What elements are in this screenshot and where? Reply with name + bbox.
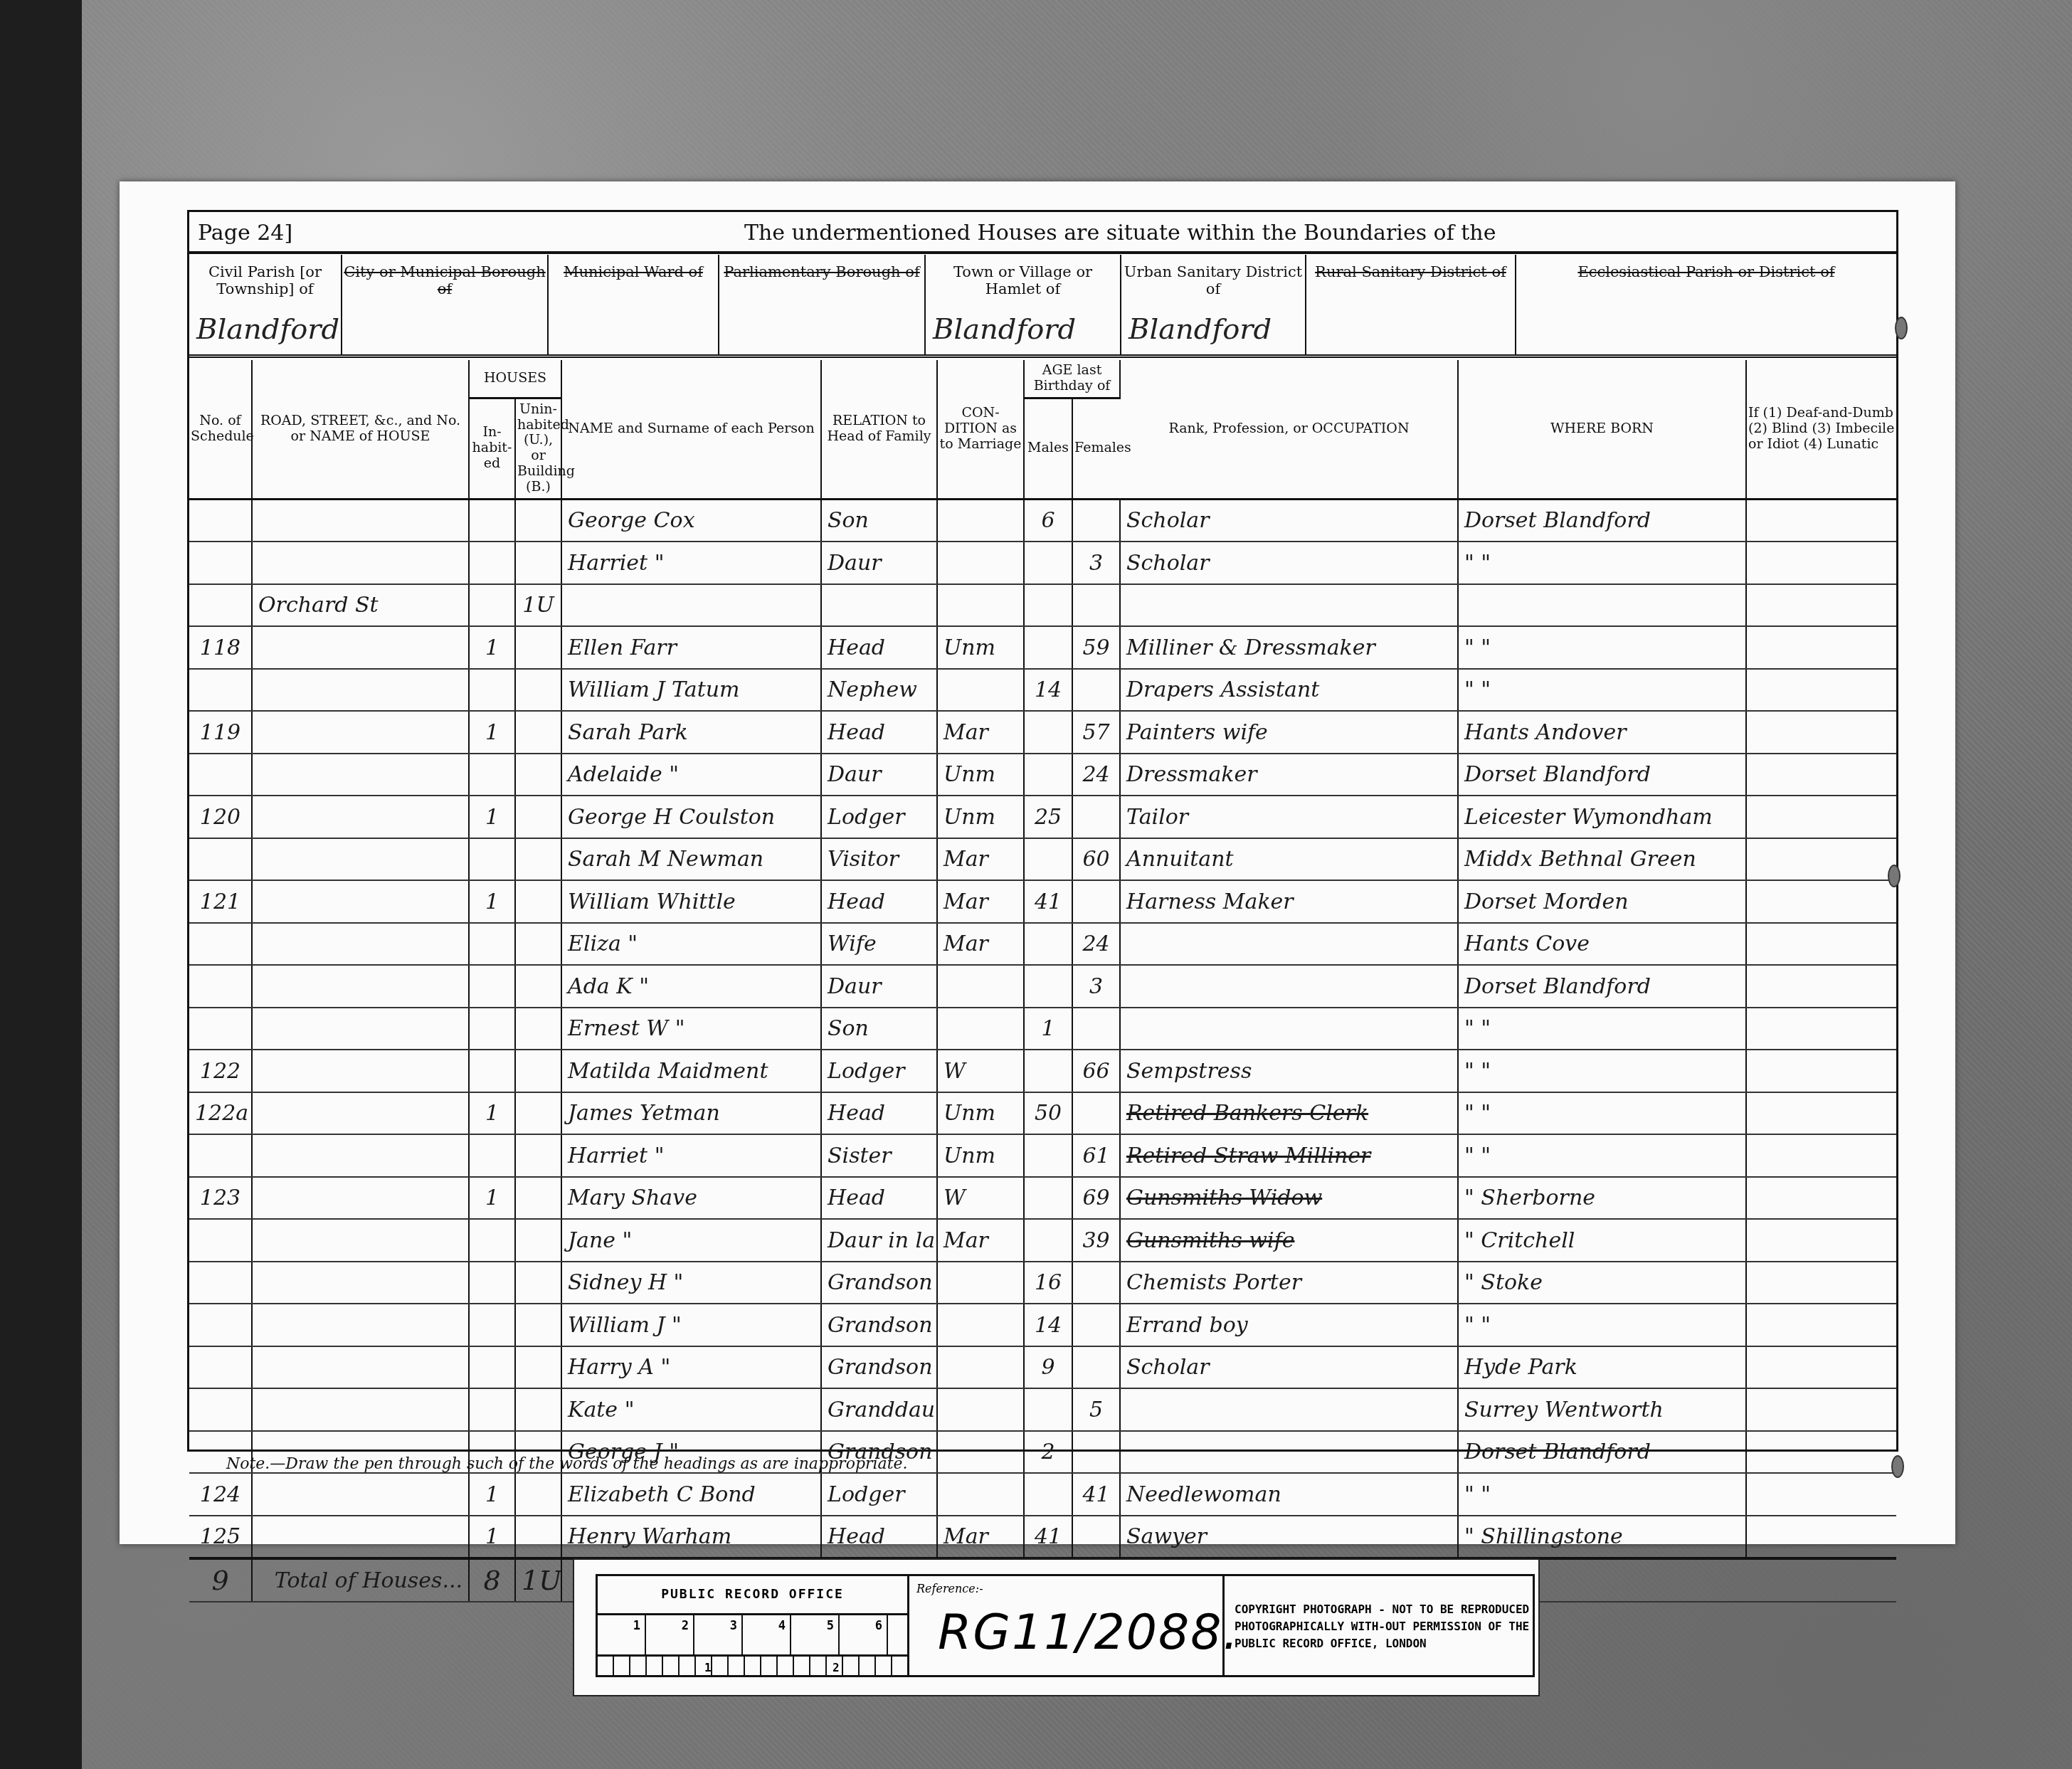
table-row: Adelaide "DaurUnm24DressmakerDorset Blan… bbox=[189, 754, 1896, 796]
scale-mark: 4 bbox=[743, 1615, 791, 1654]
cell-schedule: 121 bbox=[189, 880, 252, 923]
cell-road bbox=[252, 1008, 469, 1050]
census-form: Page 24] The undermentioned Houses are s… bbox=[187, 210, 1898, 1452]
col-uninhabited: Unin-habited (U.), or Building (B.) bbox=[515, 398, 561, 499]
census-table: No. of Schedule ROAD, STREET, &c., and N… bbox=[189, 360, 1896, 1602]
cell-occupation bbox=[1120, 1431, 1458, 1474]
district-field: Urban Sanitary District ofBlandford bbox=[1121, 255, 1306, 354]
cell-occupation: Harness Maker bbox=[1120, 880, 1458, 923]
cell-schedule: 124 bbox=[189, 1473, 252, 1516]
cell-infirmity bbox=[1746, 1516, 1896, 1559]
cell-uninhabited bbox=[515, 754, 561, 796]
cell-uninhabited bbox=[515, 1473, 561, 1516]
cell-inhabited bbox=[469, 1008, 515, 1050]
cell-occupation: Dressmaker bbox=[1120, 754, 1458, 796]
col-age: AGE last Birthday of bbox=[1024, 360, 1120, 398]
cell-uninhabited bbox=[515, 1262, 561, 1304]
cell-schedule bbox=[189, 923, 252, 966]
cell-condition: Mar bbox=[937, 880, 1024, 923]
cell-relation bbox=[821, 584, 937, 627]
cell-occupation: Gunsmiths wife bbox=[1120, 1219, 1458, 1262]
cell-name: Matilda Maidment bbox=[561, 1050, 821, 1092]
cell-infirmity bbox=[1746, 754, 1896, 796]
cell-infirmity bbox=[1746, 711, 1896, 754]
cell-born: Dorset Blandford bbox=[1458, 1431, 1746, 1474]
cell-schedule bbox=[189, 1134, 252, 1177]
cell-female-age bbox=[1072, 499, 1120, 542]
film-edge bbox=[0, 0, 82, 1769]
cell-occupation: Sawyer bbox=[1120, 1516, 1458, 1559]
cell-male-age bbox=[1024, 1388, 1072, 1431]
cell-relation: Daur bbox=[821, 754, 937, 796]
cell-occupation: Scholar bbox=[1120, 499, 1458, 542]
cell-male-age bbox=[1024, 1473, 1072, 1516]
cell-inhabited bbox=[469, 669, 515, 712]
cell-uninhabited bbox=[515, 711, 561, 754]
cell-female-age bbox=[1072, 1304, 1120, 1346]
cell-born bbox=[1458, 584, 1746, 627]
cell-condition bbox=[937, 1473, 1024, 1516]
cell-inhabited bbox=[469, 1304, 515, 1346]
cell-relation: Visitor bbox=[821, 838, 937, 881]
cell-infirmity bbox=[1746, 1177, 1896, 1220]
cell-name: Harriet " bbox=[561, 542, 821, 584]
cell-male-age bbox=[1024, 838, 1072, 881]
scale-inches: 123456 bbox=[598, 1615, 907, 1657]
district-field: Rural Sanitary District of bbox=[1306, 255, 1516, 354]
cell-schedule bbox=[189, 542, 252, 584]
table-row: 1241Elizabeth C BondLodger41Needlewoman"… bbox=[189, 1473, 1896, 1516]
cell-infirmity bbox=[1746, 1473, 1896, 1516]
cell-born: " " bbox=[1458, 1304, 1746, 1346]
cell-relation: Head bbox=[821, 626, 937, 669]
cell-name: Sarah M Newman bbox=[561, 838, 821, 881]
cell-name: William J Tatum bbox=[561, 669, 821, 712]
cell-female-age bbox=[1072, 584, 1120, 627]
cell-male-age bbox=[1024, 923, 1072, 966]
cell-road bbox=[252, 1346, 469, 1389]
cell-born: Dorset Blandford bbox=[1458, 965, 1746, 1008]
cell-relation: Lodger bbox=[821, 796, 937, 838]
cell-inhabited: 1 bbox=[469, 1473, 515, 1516]
district-value: Blandford bbox=[1128, 313, 1298, 346]
table-row: Kate "Granddau5Surrey Wentworth bbox=[189, 1388, 1896, 1431]
cell-name: Ernest W " bbox=[561, 1008, 821, 1050]
cell-relation: Grandson bbox=[821, 1346, 937, 1389]
cell-infirmity bbox=[1746, 626, 1896, 669]
table-row: 1231Mary ShaveHeadW69Gunsmiths Widow" Sh… bbox=[189, 1177, 1896, 1220]
table-row: Ernest W "Son1" " bbox=[189, 1008, 1896, 1050]
pin-hole bbox=[1891, 1455, 1904, 1478]
cell-condition: Mar bbox=[937, 711, 1024, 754]
cell-name: Kate " bbox=[561, 1388, 821, 1431]
cell-schedule bbox=[189, 1388, 252, 1431]
cell-relation: Granddau bbox=[821, 1388, 937, 1431]
census-page: Page 24] The undermentioned Houses are s… bbox=[120, 181, 1955, 1544]
cell-female-age: 60 bbox=[1072, 838, 1120, 881]
cell-relation: Head bbox=[821, 1177, 937, 1220]
cell-born: Dorset Blandford bbox=[1458, 754, 1746, 796]
cell-schedule bbox=[189, 754, 252, 796]
cell-inhabited bbox=[469, 1346, 515, 1389]
district-label: Town or Village or Hamlet of bbox=[926, 263, 1120, 297]
cell-inhabited: 1 bbox=[469, 1092, 515, 1135]
cell-occupation: Milliner & Dressmaker bbox=[1120, 626, 1458, 669]
cell-schedule: 125 bbox=[189, 1516, 252, 1559]
cell-infirmity bbox=[1746, 1092, 1896, 1135]
district-label: Civil Parish [or Township] of bbox=[189, 263, 341, 297]
cell-name: Mary Shave bbox=[561, 1177, 821, 1220]
cell-inhabited bbox=[469, 1219, 515, 1262]
scale-mark: 3 bbox=[694, 1615, 743, 1654]
cell-uninhabited bbox=[515, 1388, 561, 1431]
district-label: Municipal Ward of bbox=[549, 263, 718, 280]
cell-male-age bbox=[1024, 542, 1072, 584]
cell-road bbox=[252, 1516, 469, 1559]
col-males: Males bbox=[1024, 398, 1072, 499]
cell-born: Hyde Park bbox=[1458, 1346, 1746, 1389]
cell-condition: W bbox=[937, 1050, 1024, 1092]
cell-born: " " bbox=[1458, 1050, 1746, 1092]
footnote: Note.—Draw the pen through such of the w… bbox=[226, 1455, 907, 1473]
cell-born: " Stoke bbox=[1458, 1262, 1746, 1304]
cell-inhabited: 1 bbox=[469, 711, 515, 754]
cell-road bbox=[252, 923, 469, 966]
cell-condition: Unm bbox=[937, 1092, 1024, 1135]
cell-condition: Mar bbox=[937, 838, 1024, 881]
table-row: Harriet "SisterUnm61Retired Straw Millin… bbox=[189, 1134, 1896, 1177]
district-value: Blandford bbox=[196, 313, 334, 346]
cell-relation: Daur bbox=[821, 542, 937, 584]
table-row: Harry A "Grandson9ScholarHyde Park bbox=[189, 1346, 1896, 1389]
cell-relation: Daur bbox=[821, 965, 937, 1008]
cell-uninhabited bbox=[515, 542, 561, 584]
cell-female-age bbox=[1072, 1008, 1120, 1050]
district-field: City or Municipal Borough of bbox=[342, 255, 549, 354]
table-row: William J "Grandson14Errand boy" " bbox=[189, 1304, 1896, 1346]
cell-female-age: 3 bbox=[1072, 542, 1120, 584]
cell-female-age: 66 bbox=[1072, 1050, 1120, 1092]
cell-male-age: 14 bbox=[1024, 669, 1072, 712]
cell-infirmity bbox=[1746, 838, 1896, 881]
table-row: 122Matilda MaidmentLodgerW66Sempstress" … bbox=[189, 1050, 1896, 1092]
cell-name: William J " bbox=[561, 1304, 821, 1346]
cell-inhabited bbox=[469, 542, 515, 584]
district-field: Ecclesiastical Parish or District of bbox=[1516, 255, 1896, 354]
col-road: ROAD, STREET, &c., and No. or NAME of HO… bbox=[252, 360, 469, 499]
cell-infirmity bbox=[1746, 542, 1896, 584]
cell-occupation: Painters wife bbox=[1120, 711, 1458, 754]
cell-infirmity bbox=[1746, 1431, 1896, 1474]
cell-road bbox=[252, 754, 469, 796]
cell-uninhabited bbox=[515, 838, 561, 881]
cell-female-age: 24 bbox=[1072, 754, 1120, 796]
cell-condition: Mar bbox=[937, 923, 1024, 966]
cell-schedule bbox=[189, 1008, 252, 1050]
cell-male-age: 1 bbox=[1024, 1008, 1072, 1050]
cell-road bbox=[252, 1092, 469, 1135]
cell-name: Elizabeth C Bond bbox=[561, 1473, 821, 1516]
cell-occupation: Tailor bbox=[1120, 796, 1458, 838]
cell-occupation bbox=[1120, 584, 1458, 627]
cell-schedule bbox=[189, 669, 252, 712]
cell-occupation: Scholar bbox=[1120, 542, 1458, 584]
cell-name: Eliza " bbox=[561, 923, 821, 966]
cell-relation: Grandson bbox=[821, 1304, 937, 1346]
cell-road bbox=[252, 965, 469, 1008]
cell-male-age bbox=[1024, 754, 1072, 796]
cell-occupation: Retired Bankers Clerk bbox=[1120, 1092, 1458, 1135]
col-females: Females bbox=[1072, 398, 1120, 499]
cell-female-age bbox=[1072, 669, 1120, 712]
cell-relation: Lodger bbox=[821, 1473, 937, 1516]
cell-inhabited bbox=[469, 499, 515, 542]
cell-uninhabited bbox=[515, 923, 561, 966]
cell-female-age: 3 bbox=[1072, 965, 1120, 1008]
cell-road bbox=[252, 1473, 469, 1516]
cell-road bbox=[252, 1134, 469, 1177]
cell-schedule bbox=[189, 838, 252, 881]
cell-born: " Shillingstone bbox=[1458, 1516, 1746, 1559]
cell-condition bbox=[937, 1262, 1024, 1304]
cell-road bbox=[252, 1388, 469, 1431]
cell-inhabited bbox=[469, 923, 515, 966]
cell-uninhabited bbox=[515, 1516, 561, 1559]
cell-female-age: 5 bbox=[1072, 1388, 1120, 1431]
cell-infirmity bbox=[1746, 1346, 1896, 1389]
cell-uninhabited bbox=[515, 1092, 561, 1135]
cell-female-age bbox=[1072, 1092, 1120, 1135]
cell-female-age: 24 bbox=[1072, 923, 1120, 966]
cell-inhabited bbox=[469, 1262, 515, 1304]
cell-born: Middx Bethnal Green bbox=[1458, 838, 1746, 881]
cell-infirmity bbox=[1746, 1219, 1896, 1262]
cell-occupation: Chemists Porter bbox=[1120, 1262, 1458, 1304]
cell-road bbox=[252, 711, 469, 754]
header-row-1: No. of Schedule ROAD, STREET, &c., and N… bbox=[189, 360, 1896, 398]
cell-born: " " bbox=[1458, 1092, 1746, 1135]
cell-relation: Head bbox=[821, 1092, 937, 1135]
district-label: Parliamentary Borough of bbox=[719, 263, 924, 280]
cell-relation: Son bbox=[821, 499, 937, 542]
cell-schedule bbox=[189, 1219, 252, 1262]
cell-male-age bbox=[1024, 711, 1072, 754]
district-field: Town or Village or Hamlet ofBlandford bbox=[926, 255, 1121, 354]
col-infirmity: If (1) Deaf-and-Dumb (2) Blind (3) Imbec… bbox=[1746, 360, 1896, 499]
cell-born: Dorset Blandford bbox=[1458, 499, 1746, 542]
cell-inhabited: 1 bbox=[469, 796, 515, 838]
cell-female-age: 59 bbox=[1072, 626, 1120, 669]
cell-condition: Unm bbox=[937, 1134, 1024, 1177]
cell-name: James Yetman bbox=[561, 1092, 821, 1135]
cell-schedule: 122 bbox=[189, 1050, 252, 1092]
cell-female-age bbox=[1072, 796, 1120, 838]
cell-schedule: 118 bbox=[189, 626, 252, 669]
cell-condition: Unm bbox=[937, 796, 1024, 838]
cell-female-age bbox=[1072, 1346, 1120, 1389]
cell-infirmity bbox=[1746, 1262, 1896, 1304]
cell-name: Sidney H " bbox=[561, 1262, 821, 1304]
cell-relation: Nephew bbox=[821, 669, 937, 712]
cell-born: " Sherborne bbox=[1458, 1177, 1746, 1220]
cell-inhabited bbox=[469, 1050, 515, 1092]
cell-condition bbox=[937, 1346, 1024, 1389]
cell-road bbox=[252, 1304, 469, 1346]
cell-road bbox=[252, 1177, 469, 1220]
cell-infirmity bbox=[1746, 499, 1896, 542]
cell-infirmity bbox=[1746, 1134, 1896, 1177]
cell-born: Surrey Wentworth bbox=[1458, 1388, 1746, 1431]
cell-condition bbox=[937, 1304, 1024, 1346]
cell-condition: Mar bbox=[937, 1516, 1024, 1559]
reference-label: Reference:- bbox=[916, 1582, 983, 1595]
cell-occupation: Errand boy bbox=[1120, 1304, 1458, 1346]
cell-female-age: 61 bbox=[1072, 1134, 1120, 1177]
cell-name: Adelaide " bbox=[561, 754, 821, 796]
cell-inhabited: 1 bbox=[469, 1177, 515, 1220]
cell-name bbox=[561, 584, 821, 627]
cell-male-age: 14 bbox=[1024, 1304, 1072, 1346]
col-condition: CON-DITION as to Marriage bbox=[937, 360, 1024, 499]
cell-infirmity bbox=[1746, 923, 1896, 966]
cell-inhabited bbox=[469, 754, 515, 796]
cell-born: " " bbox=[1458, 1134, 1746, 1177]
district-label: Urban Sanitary District of bbox=[1121, 263, 1305, 297]
cell-condition bbox=[937, 1431, 1024, 1474]
cell-infirmity bbox=[1746, 669, 1896, 712]
cell-occupation: Drapers Assistant bbox=[1120, 669, 1458, 712]
cell-condition bbox=[937, 542, 1024, 584]
cell-occupation: Needlewoman bbox=[1120, 1473, 1458, 1516]
cell-schedule: 120 bbox=[189, 796, 252, 838]
page-label: Page 24] bbox=[198, 221, 292, 245]
district-value: Blandford bbox=[933, 313, 1113, 346]
cell-uninhabited bbox=[515, 1050, 561, 1092]
cell-uninhabited bbox=[515, 796, 561, 838]
cell-name: Henry Warham bbox=[561, 1516, 821, 1559]
scale-mark: 5 bbox=[791, 1615, 840, 1654]
cell-uninhabited bbox=[515, 880, 561, 923]
table-row: 1181Ellen FarrHeadUnm59Milliner & Dressm… bbox=[189, 626, 1896, 669]
table-row: 122a1James YetmanHeadUnm50Retired Banker… bbox=[189, 1092, 1896, 1135]
cell-born: " " bbox=[1458, 626, 1746, 669]
cell-schedule bbox=[189, 499, 252, 542]
table-row: 1251Henry WarhamHeadMar41Sawyer" Shillin… bbox=[189, 1516, 1896, 1559]
district-field: Parliamentary Borough of bbox=[719, 255, 926, 354]
reference-value: RG11/2088. bbox=[938, 1605, 1239, 1661]
cell-female-age: 39 bbox=[1072, 1219, 1120, 1262]
cell-schedule bbox=[189, 1304, 252, 1346]
total-inhabited: 8 bbox=[469, 1558, 515, 1602]
cell-infirmity bbox=[1746, 1008, 1896, 1050]
cell-occupation: Annuitant bbox=[1120, 838, 1458, 881]
cell-schedule: 122a bbox=[189, 1092, 252, 1135]
cell-relation: Head bbox=[821, 880, 937, 923]
cell-male-age: 25 bbox=[1024, 796, 1072, 838]
table-row: 1201George H CoulstonLodgerUnm25TailorLe… bbox=[189, 796, 1896, 838]
cell-condition bbox=[937, 584, 1024, 627]
total-houses-label: Total of Houses... bbox=[252, 1558, 469, 1602]
table-row: Ada K "Daur3Dorset Blandford bbox=[189, 965, 1896, 1008]
cell-infirmity bbox=[1746, 1050, 1896, 1092]
scale-ruler: 1 2 bbox=[598, 1657, 907, 1675]
cell-female-age: 57 bbox=[1072, 711, 1120, 754]
cell-occupation bbox=[1120, 923, 1458, 966]
cell-infirmity bbox=[1746, 1304, 1896, 1346]
district-header: Civil Parish [or Township] ofBlandfordCi… bbox=[189, 255, 1896, 358]
cell-male-age bbox=[1024, 1134, 1072, 1177]
col-occupation: Rank, Profession, or OCCUPATION bbox=[1120, 360, 1458, 499]
cell-schedule bbox=[189, 1346, 252, 1389]
district-field: Civil Parish [or Township] ofBlandford bbox=[189, 255, 342, 354]
scale-mark: 2 bbox=[646, 1615, 694, 1654]
cell-male-age: 41 bbox=[1024, 880, 1072, 923]
cell-born: " " bbox=[1458, 542, 1746, 584]
cell-born: " " bbox=[1458, 1008, 1746, 1050]
record-office-label: PUBLIC RECORD OFFICE 123456 1 2 Referenc… bbox=[573, 1558, 1540, 1696]
district-label: City or Municipal Borough of bbox=[342, 263, 547, 297]
cell-occupation: Retired Straw Milliner bbox=[1120, 1134, 1458, 1177]
cell-uninhabited bbox=[515, 626, 561, 669]
cell-inhabited bbox=[469, 838, 515, 881]
scale-mark: 6 bbox=[840, 1615, 888, 1654]
table-row: Sidney H "Grandson16Chemists Porter" Sto… bbox=[189, 1262, 1896, 1304]
cell-condition bbox=[937, 1008, 1024, 1050]
table-row: Jane "Daur in lawMar39Gunsmiths wife" Cr… bbox=[189, 1219, 1896, 1262]
cell-inhabited bbox=[469, 1134, 515, 1177]
cell-condition: Unm bbox=[937, 626, 1024, 669]
cell-male-age: 16 bbox=[1024, 1262, 1072, 1304]
cell-road bbox=[252, 796, 469, 838]
cell-name: Sarah Park bbox=[561, 711, 821, 754]
cell-condition bbox=[937, 669, 1024, 712]
table-row: Orchard St1U bbox=[189, 584, 1896, 627]
district-field: Municipal Ward of bbox=[549, 255, 719, 354]
cell-male-age bbox=[1024, 626, 1072, 669]
cell-name: William Whittle bbox=[561, 880, 821, 923]
cell-born: " " bbox=[1458, 1473, 1746, 1516]
table-row: Eliza "WifeMar24Hants Cove bbox=[189, 923, 1896, 966]
district-label: Ecclesiastical Parish or District of bbox=[1516, 263, 1896, 280]
cell-relation: Grandson bbox=[821, 1262, 937, 1304]
cell-road bbox=[252, 669, 469, 712]
table-row: 1191Sarah ParkHeadMar57Painters wifeHant… bbox=[189, 711, 1896, 754]
cell-inhabited: 1 bbox=[469, 880, 515, 923]
cell-male-age bbox=[1024, 1050, 1072, 1092]
table-row: 1211William WhittleHeadMar41Harness Make… bbox=[189, 880, 1896, 923]
cell-road bbox=[252, 880, 469, 923]
cell-male-age bbox=[1024, 1177, 1072, 1220]
cell-male-age: 50 bbox=[1024, 1092, 1072, 1135]
cell-inhabited bbox=[469, 1388, 515, 1431]
cell-relation: Wife bbox=[821, 923, 937, 966]
table-row: William J TatumNephew14Drapers Assistant… bbox=[189, 669, 1896, 712]
cell-female-age: 41 bbox=[1072, 1473, 1120, 1516]
page-title: The undermentioned Houses are situate wi… bbox=[744, 221, 1496, 245]
cell-relation: Daur in law bbox=[821, 1219, 937, 1262]
pin-hole bbox=[1888, 865, 1901, 887]
cell-road bbox=[252, 1050, 469, 1092]
cell-male-age bbox=[1024, 965, 1072, 1008]
cell-uninhabited bbox=[515, 669, 561, 712]
cell-occupation: Scholar bbox=[1120, 1346, 1458, 1389]
cell-inhabited: 1 bbox=[469, 1516, 515, 1559]
cell-inhabited bbox=[469, 965, 515, 1008]
col-relation: RELATION to Head of Family bbox=[821, 360, 937, 499]
cell-female-age bbox=[1072, 1516, 1120, 1559]
cell-born: Leicester Wymondham bbox=[1458, 796, 1746, 838]
cell-road bbox=[252, 1219, 469, 1262]
